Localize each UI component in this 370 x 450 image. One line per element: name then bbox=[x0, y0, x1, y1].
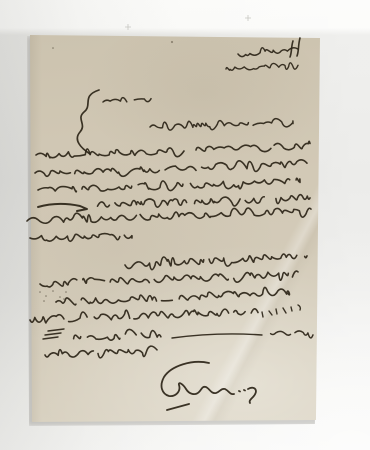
ink-stroke bbox=[271, 331, 313, 338]
ink-dot bbox=[39, 291, 41, 293]
ink-stroke bbox=[38, 178, 300, 192]
ink-dot bbox=[63, 298, 65, 300]
ink-stroke bbox=[167, 404, 189, 410]
ink-stroke bbox=[262, 305, 300, 317]
ink-stroke bbox=[43, 329, 64, 339]
paper-marks bbox=[52, 41, 173, 49]
ink-stroke bbox=[98, 195, 311, 207]
ink-stroke bbox=[74, 329, 173, 340]
ink-stroke bbox=[30, 234, 132, 242]
ink-stroke bbox=[56, 287, 289, 304]
registration-cross-mark bbox=[245, 15, 251, 21]
ink-stroke bbox=[196, 141, 310, 151]
ink-stroke bbox=[226, 63, 298, 70]
ink-overlay bbox=[0, 0, 370, 450]
ink-stroke bbox=[238, 48, 298, 57]
backdrop-marks bbox=[125, 15, 251, 30]
ink-stroke bbox=[35, 160, 307, 177]
ink-paragraph-1 bbox=[27, 141, 311, 241]
ink-dot bbox=[52, 290, 54, 292]
ink-stroke bbox=[77, 90, 99, 154]
ink-stroke bbox=[162, 362, 256, 403]
ink-stroke bbox=[125, 254, 307, 270]
letter-photograph bbox=[0, 0, 370, 450]
registration-cross-mark bbox=[125, 24, 131, 30]
ink-dot bbox=[49, 286, 51, 288]
ink-date-block bbox=[226, 38, 300, 70]
ink-dot bbox=[43, 300, 45, 302]
ink-stroke bbox=[36, 148, 184, 158]
ink-stroke bbox=[40, 271, 298, 287]
ink-dot bbox=[59, 296, 61, 298]
ink-paragraph-2 bbox=[30, 254, 313, 340]
ink-stroke bbox=[45, 346, 157, 358]
ink-stroke bbox=[172, 334, 262, 338]
ink-salutation bbox=[77, 90, 293, 154]
pinhole bbox=[171, 41, 173, 43]
ink-dot bbox=[45, 295, 47, 297]
ink-stroke bbox=[30, 309, 258, 323]
ink-stroke bbox=[103, 98, 151, 102]
pinhole bbox=[52, 47, 54, 49]
ink-signature bbox=[162, 362, 256, 410]
ink-stroke bbox=[38, 204, 87, 211]
ink-dot bbox=[65, 291, 67, 293]
ink-stroke bbox=[150, 119, 293, 130]
ink-stroke bbox=[27, 208, 311, 223]
ink-closing bbox=[45, 346, 157, 358]
